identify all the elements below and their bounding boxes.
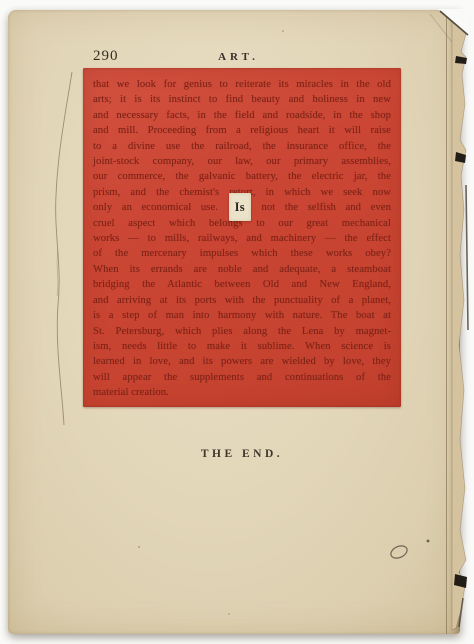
text-line: learned in love, and its powers are wiel… bbox=[93, 354, 391, 369]
pasted-cutout-word: Is bbox=[229, 193, 251, 221]
text-line: will appear the supplements and continua… bbox=[93, 370, 391, 385]
text-line: bridging the Atlantic between Old and Ne… bbox=[93, 277, 391, 292]
text-line: is a step of man into harmony with natur… bbox=[93, 308, 391, 323]
torn-binding-edge bbox=[446, 10, 460, 634]
text-line: that we look for genius to reiterate its… bbox=[93, 77, 391, 92]
text-line: our commerce, the galvanic battery, the … bbox=[93, 169, 391, 184]
red-block-text: that we look for genius to reiterate its… bbox=[93, 77, 391, 401]
text-line: When its errands are noble and adequate,… bbox=[93, 262, 391, 277]
text-line: works — to mills, railways, and machiner… bbox=[93, 231, 391, 246]
text-line: and mill. Proceeding from a religious he… bbox=[93, 123, 391, 138]
text-line: joint-stock company, our law, our primar… bbox=[93, 154, 391, 169]
scan-background: 290 ART. that we look for genius to reit… bbox=[0, 0, 474, 644]
red-overlay-block: that we look for genius to reiterate its… bbox=[83, 68, 401, 407]
text-line: St. Petersburg, which plies along the Le… bbox=[93, 324, 391, 339]
text-line: only an economical use. Is not the selfi… bbox=[93, 200, 391, 215]
running-title: ART. bbox=[17, 51, 460, 63]
text-line: ism, needs little to make it sublime. Wh… bbox=[93, 339, 391, 354]
text-line: material creation. bbox=[93, 385, 391, 400]
text-line: and necessary facts, in the field and ro… bbox=[93, 108, 391, 123]
book-page: 290 ART. that we look for genius to reit… bbox=[8, 10, 460, 634]
the-end-label: THE END. bbox=[24, 448, 460, 460]
edge-shadow-sliver bbox=[466, 185, 468, 330]
text-line: arts; it is its instinct to find beauty … bbox=[93, 92, 391, 107]
text-line: to a divine use the railroad, the insura… bbox=[93, 139, 391, 154]
text-line: of the mercenary impulses which these wo… bbox=[93, 246, 391, 261]
text-line: and arriving at its ports with the punct… bbox=[93, 293, 391, 308]
